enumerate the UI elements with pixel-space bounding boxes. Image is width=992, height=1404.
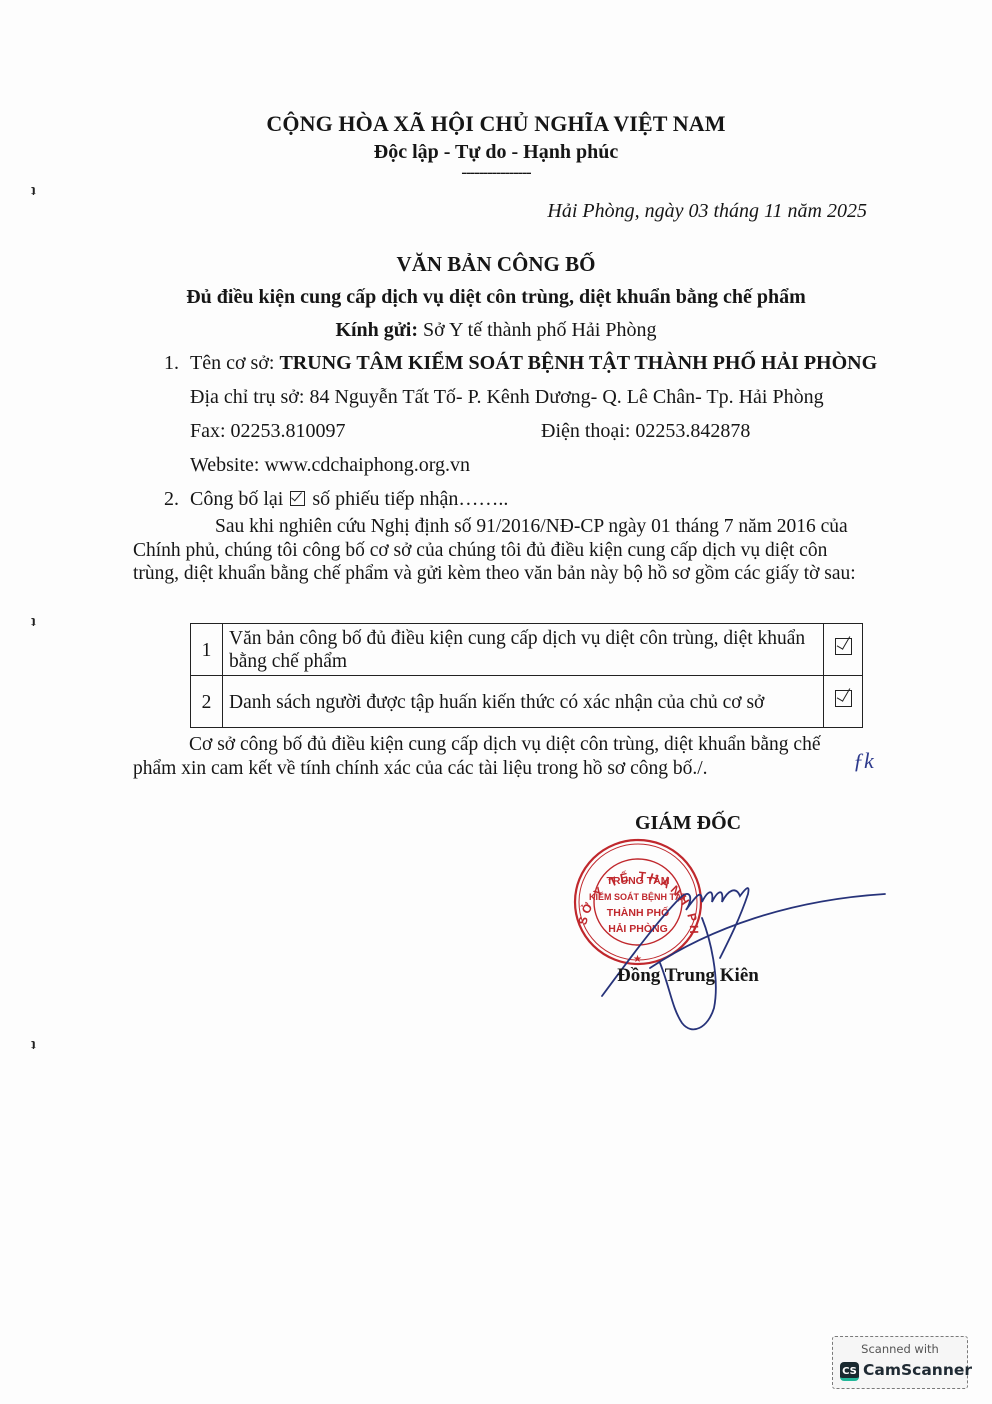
director-name: Đồng Trung Kiên xyxy=(617,965,759,987)
scan-mark-icon: ʇ xyxy=(31,184,36,200)
facility-name-line: 1.Tên cơ sở: TRUNG TÂM KIỂM SOÁT BỆNH TẬ… xyxy=(164,352,877,375)
facility-fax: Fax: 02253.810097 xyxy=(190,420,346,443)
facility-website: Website: www.cdchaiphong.org.vn xyxy=(190,454,470,477)
camscanner-watermark: Scanned with CS CamScanner xyxy=(832,1336,968,1389)
scan-mark-icon: ʇ xyxy=(31,1038,36,1054)
item-number: 2. xyxy=(164,488,190,511)
initial-mark: ƒk xyxy=(853,748,874,774)
director-title: GIÁM ĐỐC xyxy=(635,812,741,835)
attachments-table: 1 Văn bản công bố đủ điều kiện cung cấp … xyxy=(190,623,863,728)
camscanner-logo-icon: CS xyxy=(840,1362,859,1381)
republish-checkbox[interactable] xyxy=(290,491,305,506)
facility-name-label: Tên cơ sở: xyxy=(190,352,279,374)
attachment-index: 2 xyxy=(191,676,223,728)
republish-line: 2.Công bố lại số phiếu tiếp nhận…….. xyxy=(164,488,508,511)
facility-name: TRUNG TÂM KIỂM SOÁT BỆNH TẬT THÀNH PHỐ H… xyxy=(279,352,877,374)
facility-address: Địa chỉ trụ sở: 84 Nguyễn Tất Tố- P. Kên… xyxy=(190,386,824,409)
header-separator: ---------------- xyxy=(0,164,992,182)
intro-paragraph: Sau khi nghiên cứu Nghị định số 91/2016/… xyxy=(133,515,863,586)
watermark-caption: Scanned with xyxy=(833,1342,967,1356)
national-motto: Độc lập - Tự do - Hạnh phúc xyxy=(0,141,992,164)
republish-label: Công bố lại xyxy=(190,488,288,510)
signature-icon xyxy=(590,858,890,1038)
watermark-brand: CamScanner xyxy=(863,1361,972,1379)
scan-mark-icon: ʇ xyxy=(31,615,36,631)
attachment-checkbox[interactable] xyxy=(835,638,852,655)
attachment-description: Văn bản công bố đủ điều kiện cung cấp dị… xyxy=(223,624,824,676)
dateline: Hải Phòng, ngày 03 tháng 11 năm 2025 xyxy=(547,200,867,223)
facility-phone: Điện thoại: 02253.842878 xyxy=(541,420,750,443)
document-subtitle: Đủ điều kiện cung cấp dịch vụ diệt côn t… xyxy=(0,286,992,309)
attachment-index: 1 xyxy=(191,624,223,676)
national-title: CỘNG HÒA XÃ HỘI CHỦ NGHĨA VIỆT NAM xyxy=(0,111,992,137)
recipient-line: Kính gửi: Sở Y tế thành phố Hải Phòng xyxy=(0,319,992,342)
recipient-label: Kính gửi: xyxy=(335,319,418,341)
table-row: 1 Văn bản công bố đủ điều kiện cung cấp … xyxy=(191,624,863,676)
attachment-description: Danh sách người được tập huấn kiến thức … xyxy=(223,676,824,728)
receipt-number-label: số phiếu tiếp nhận…….. xyxy=(307,488,508,510)
commitment-paragraph: Cơ sở công bố đủ điều kiện cung cấp dịch… xyxy=(133,733,868,780)
item-number: 1. xyxy=(164,352,190,375)
table-row: 2 Danh sách người được tập huấn kiến thứ… xyxy=(191,676,863,728)
document-title: VĂN BẢN CÔNG BỐ xyxy=(0,252,992,277)
recipient-name: Sở Y tế thành phố Hải Phòng xyxy=(418,319,657,341)
attachment-checkbox[interactable] xyxy=(835,690,852,707)
